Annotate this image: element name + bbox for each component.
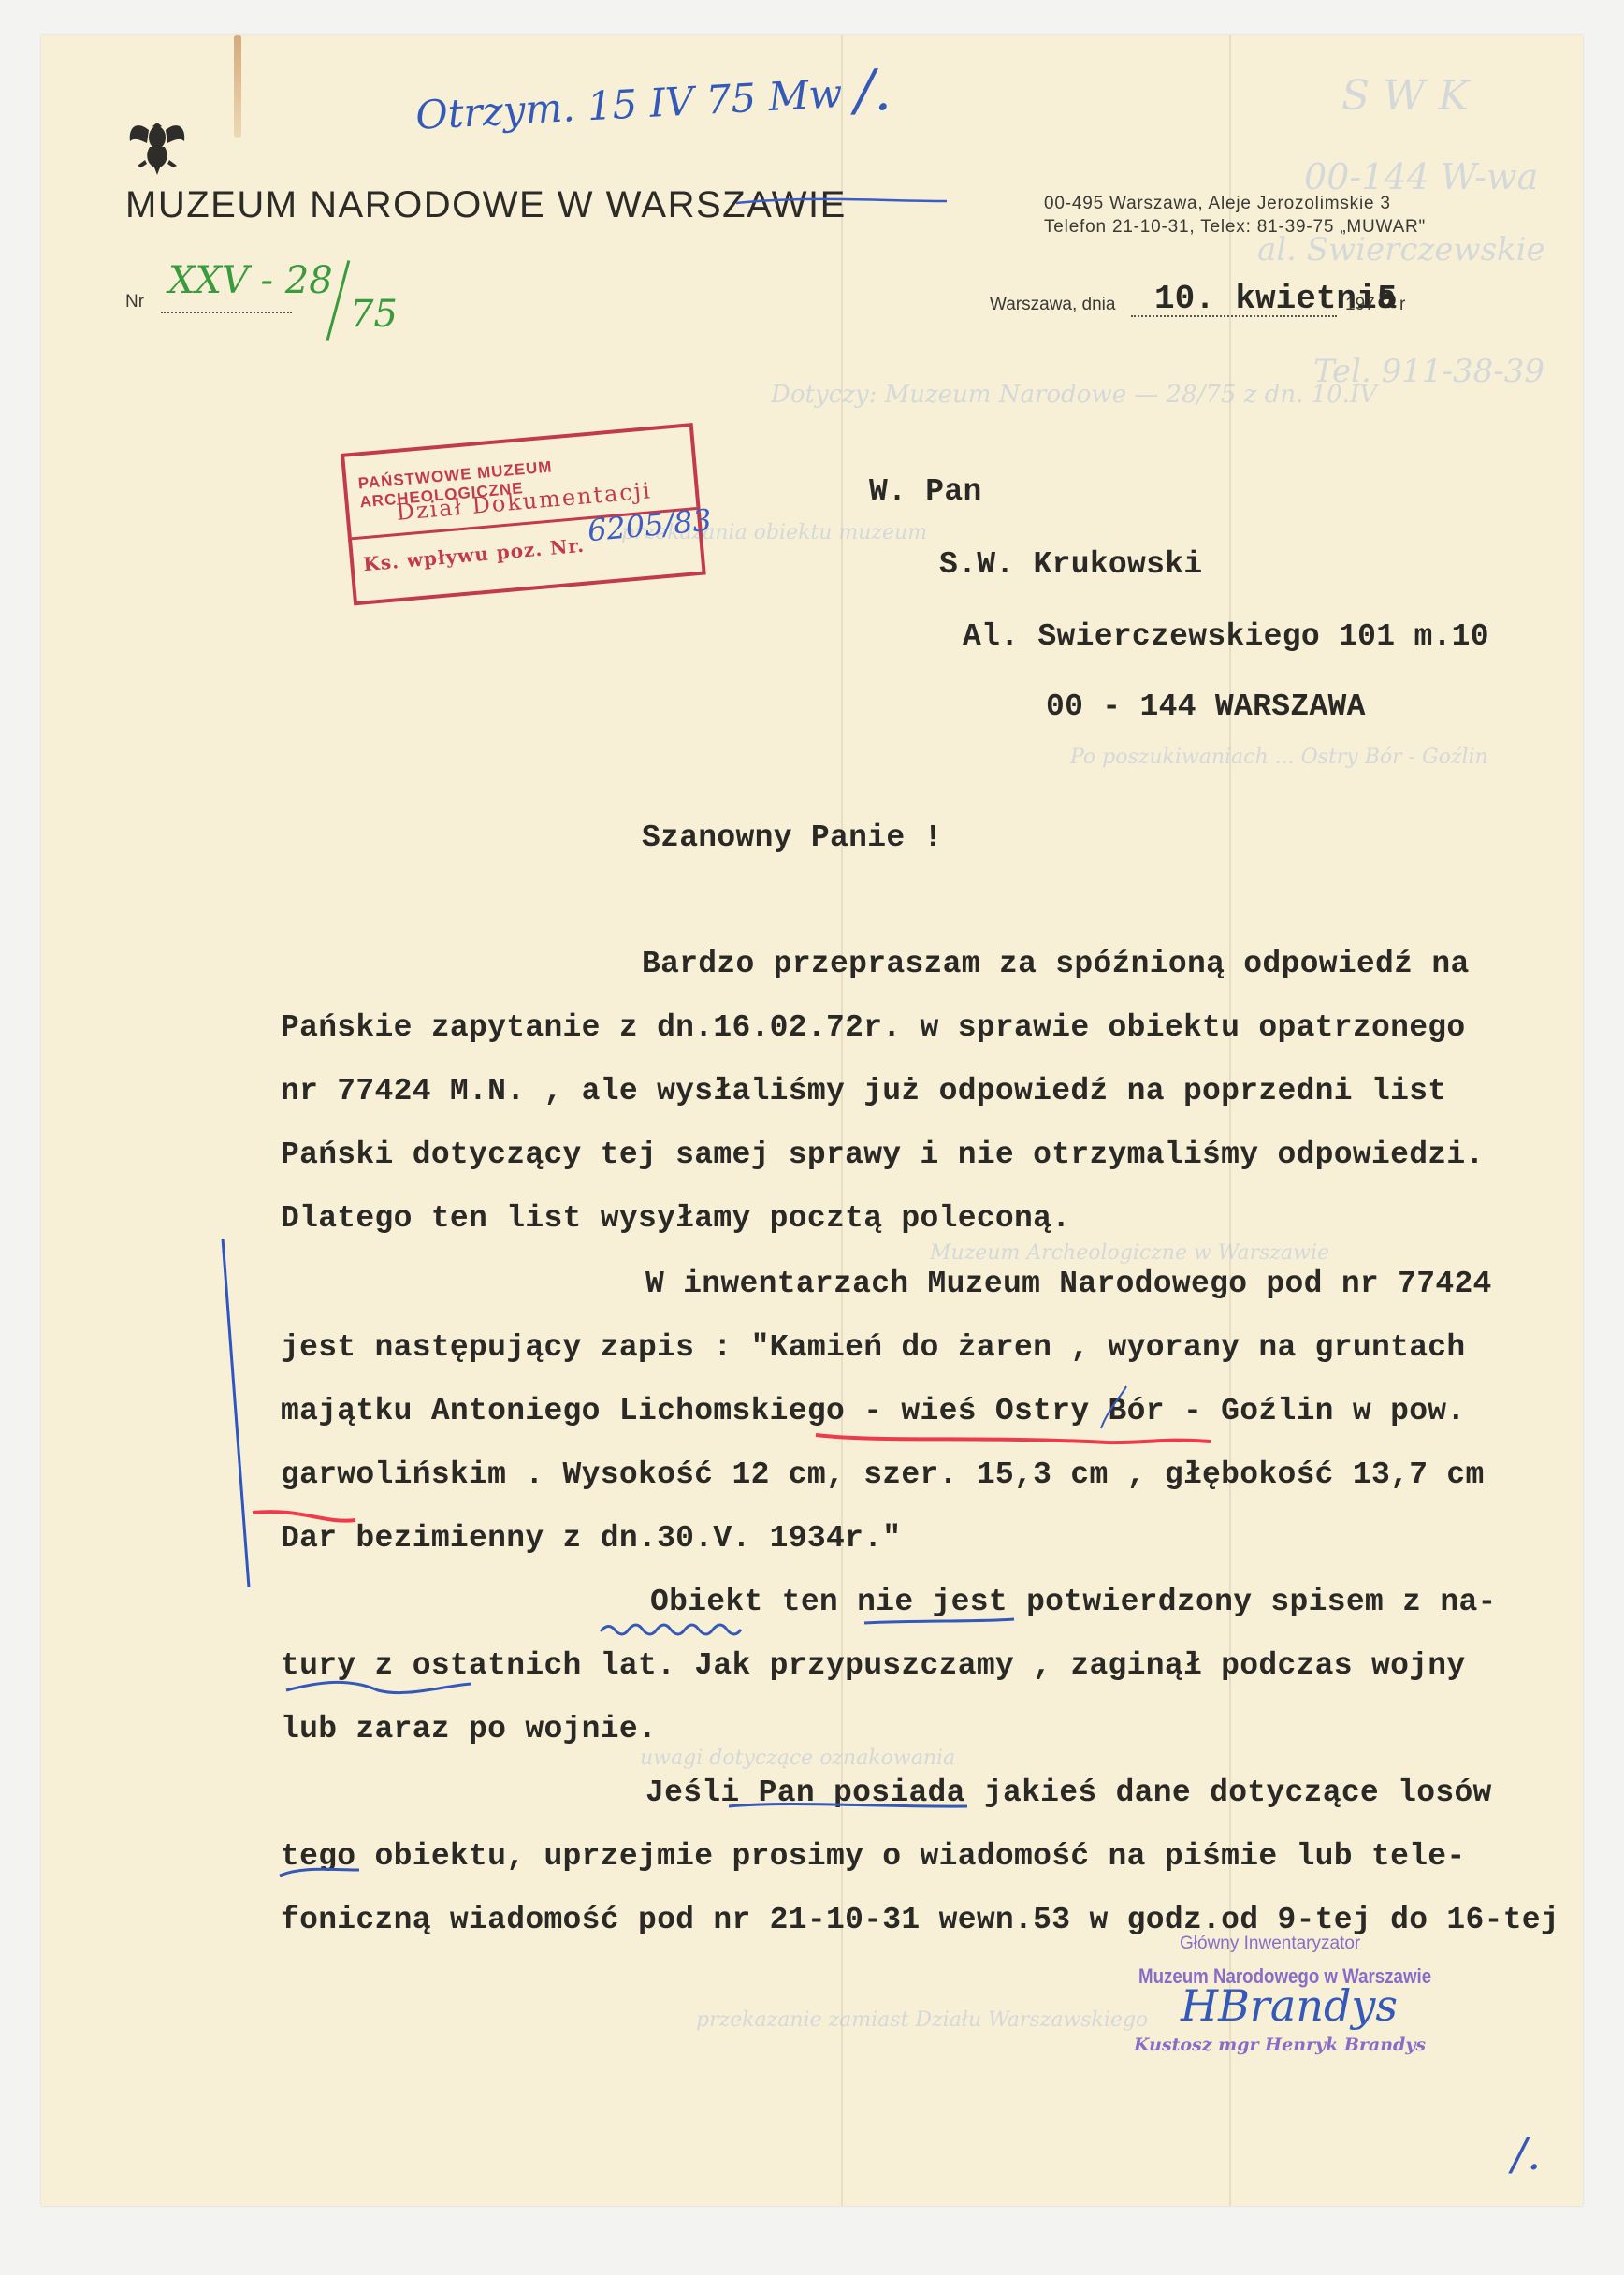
margin-markings (41, 35, 1583, 2206)
district-red-underline (253, 1512, 355, 1521)
correction-mark (1101, 1386, 1126, 1428)
corner-mark: ∕. (1512, 2128, 1541, 2181)
signature-stamp-title: Główny Inwentaryzator (1180, 1934, 1360, 1954)
margin-vertical-line (223, 1239, 249, 1587)
spisem-underline (864, 1619, 1014, 1623)
address-underline (736, 199, 947, 203)
handwritten-signature: HBrandys (1181, 1980, 1398, 2031)
dane-underline (729, 1804, 967, 1807)
tego-underline (280, 1869, 359, 1876)
wavy-underline (601, 1625, 741, 1634)
place-name-red-underline (816, 1435, 1211, 1442)
letter-page: S W K 00-144 W-wa al. Swierczewskie Tel.… (41, 35, 1583, 2206)
signature-stamp-name: Kustosz mgr Henryk Brandys (1134, 2035, 1426, 2055)
ostatnich-underline (286, 1682, 471, 1692)
